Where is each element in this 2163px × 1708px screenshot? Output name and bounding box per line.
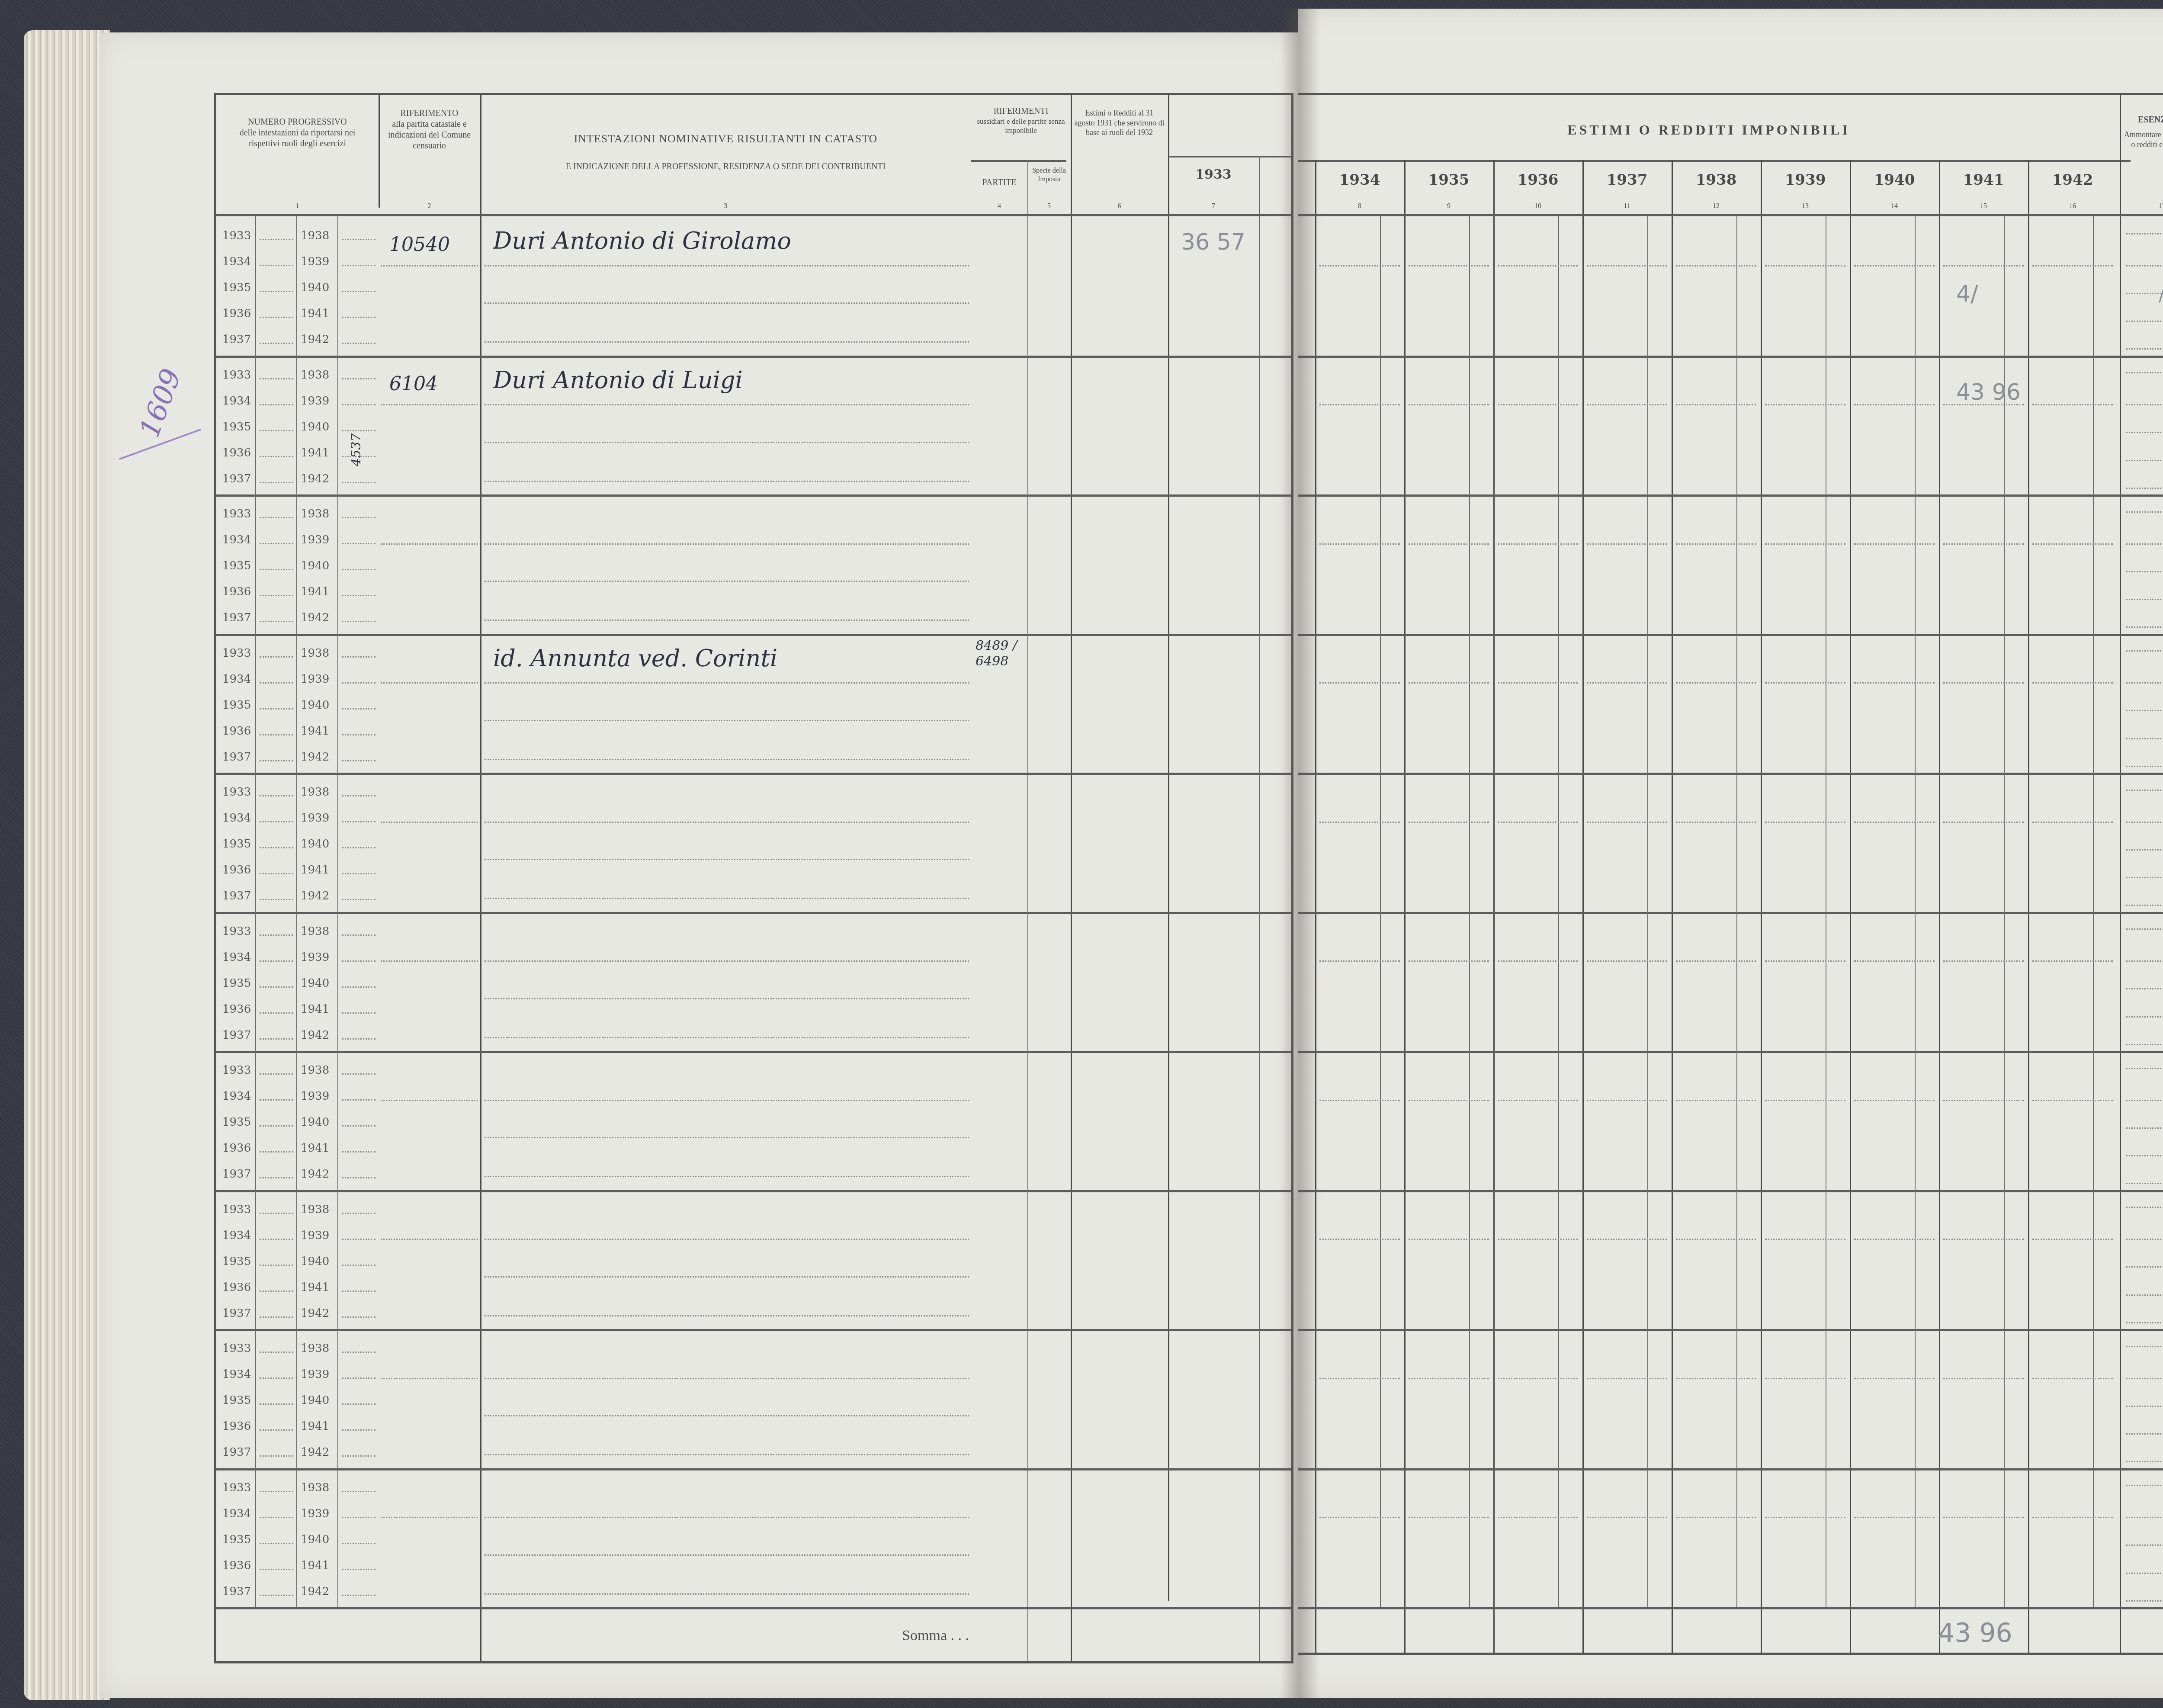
cents-divider [1915,1190,1916,1329]
dotted-line [260,1316,293,1318]
column-divider [1027,1468,1028,1608]
dotted-line [260,378,293,379]
year-label: 1942 [301,889,329,902]
year-label: 1936 [222,1559,251,1572]
left-ledger-table: NUMERO PROGRESSIVO delle intestazioni da… [214,93,1293,1663]
dotted-line [1319,960,1400,962]
year-label: 1936 [222,1420,251,1433]
dotted-line [1765,404,1845,405]
dotted-line [1409,1239,1489,1240]
dotted-line [2126,1406,2163,1407]
dotted-line [1854,682,1935,684]
cents-divider [1558,1190,1559,1329]
year-label: 1941 [301,1281,329,1294]
year-label: 1941 [301,864,329,876]
year-label: 1933 [222,1064,251,1077]
cents-divider [1915,912,1916,1051]
cents-divider [2004,216,2005,356]
cents-divider [2004,912,2005,1051]
cents-divider [1826,1051,1826,1190]
cents-divider [1915,1051,1916,1190]
year-label: 1941 [301,1142,329,1155]
estimo-1941-value: 43 96 [1956,379,2021,405]
block-rule [1298,1190,2163,1192]
year-label: 1937 [222,333,251,346]
dotted-line [1854,543,1935,545]
year-label: 1933 [222,229,251,242]
year-label: 1935 [222,977,251,990]
cents-divider [1915,494,1916,634]
cents-divider [1647,773,1648,912]
dotted-line [1498,960,1578,962]
year-label: 1938 [301,507,329,520]
dotted-line [260,1429,293,1431]
header-year-1940: 1940 14 [1850,160,1939,214]
dotted-line [2126,1100,2163,1101]
year-label: 1933 [222,647,251,660]
dotted-line [342,986,375,988]
entry-block [1298,912,2163,1051]
dotted-line [1943,1239,2024,1240]
year-label: 1936 [222,307,251,320]
header-estimi-1931: Estimi o Redditi al 31 agosto 1931 che s… [1071,100,1168,214]
dotted-line [260,1177,293,1178]
cents-divider [1826,1468,1826,1608]
dotted-line [2126,1016,2163,1018]
year-label: 1934 [222,255,251,268]
year-label: 1938 [301,229,329,242]
dotted-line [260,1213,293,1214]
header-esenzioni: ESENZIONI Ammontare degli estimi o reddi… [2120,100,2163,214]
year-label: 1940 [301,559,329,572]
year-label: 1937 [222,472,251,485]
dotted-line [2126,543,2163,545]
entry-block [1298,773,2163,912]
cents-divider [1558,1468,1559,1608]
year-label: 1941 [301,585,329,598]
dotted-line [2126,1433,2163,1435]
cents-divider [2093,773,2094,912]
cents-divider [1915,356,1916,495]
dotted-line [1587,1100,1667,1101]
column-divider [337,1051,338,1190]
dotted-line [2126,1378,2163,1379]
dotted-line [342,1099,375,1101]
column-divider [296,494,297,634]
dotted-line [342,1151,375,1153]
dotted-line [342,934,375,936]
header-title: Estimi o Redditi al 31 agosto 1931 che s… [1071,108,1168,138]
dotted-line [342,1125,375,1127]
cents-divider [1736,773,1737,912]
column-divider [255,1190,256,1329]
column-number: 9 [1404,202,1493,211]
dotted-line [2126,1207,2163,1208]
dotted-line [2126,1517,2163,1518]
dotted-line [342,1491,375,1492]
year-label: 1936 [222,725,251,738]
dotted-line [1319,265,1400,266]
dotted-line [342,517,375,518]
footer-rule [1298,1607,2163,1609]
column-divider [296,1051,297,1190]
year-label: 1938 [301,647,329,660]
column-number: 1 [216,202,379,211]
entry-block: 1933193819341939193519401936194119371942… [216,216,1291,356]
column-divider [296,634,297,773]
dotted-line [1943,1378,2024,1379]
cents-divider [1736,356,1737,495]
dotted-line [2126,233,2163,234]
dotted-line [2126,766,2163,767]
column-divider [1259,912,1260,1051]
dotted-line [342,1239,375,1240]
column-number: 13 [1761,202,1850,211]
column-divider [337,1190,338,1329]
dotted-line [2126,1600,2163,1602]
year-label: 1935 [222,1533,251,1546]
column-divider [337,634,338,773]
footer-rule [216,1607,1291,1609]
dotted-line [1587,1517,1667,1518]
dotted-line [260,1291,293,1292]
dotted-line [342,1213,375,1214]
dotted-line [2126,1266,2163,1268]
dotted-line [1943,265,2024,266]
cents-divider [1558,1329,1559,1468]
year-label: 1941 [301,446,329,459]
dotted-line [2126,738,2163,739]
dotted-line [2126,1127,2163,1129]
year-label: 1936 [222,446,251,459]
cents-divider [1647,1329,1648,1468]
dotted-line [342,595,375,596]
cents-divider [1380,356,1381,495]
dotted-line [485,898,969,899]
dotted-line [342,543,375,544]
dotted-line [1676,822,1756,823]
dotted-line [2126,905,2163,906]
cents-divider [1558,216,1559,356]
dotted-line [1409,1100,1489,1101]
dotted-line [260,621,293,622]
header-estimi-group: ESTIMI O REDDITI IMPONIBILI [1298,121,2120,138]
year-label: 1933 [222,925,251,938]
dotted-line [260,343,293,344]
column-divider [255,773,256,912]
dotted-line [1676,404,1756,405]
header-title: 1935 [1404,171,1493,189]
dotted-line [1765,1239,1845,1240]
dotted-line [342,404,375,405]
estimo-1941-value: 4/ [1956,281,1978,307]
dotted-line [342,873,375,874]
cents-divider [1469,1190,1470,1329]
cents-divider [1469,1468,1470,1608]
dotted-line [381,1100,478,1101]
column-divider [337,773,338,912]
cents-divider [1469,1051,1470,1190]
dotted-line [2126,1322,2163,1323]
entry-block: 4// [1298,216,2163,356]
column-number: 5 [1027,202,1071,211]
column-divider [337,216,338,356]
dotted-line [2126,988,2163,989]
block-rule [216,1051,1291,1053]
block-rule [1298,494,2163,497]
dotted-line [342,795,375,796]
dotted-line [485,1517,969,1518]
cents-divider [1647,356,1648,495]
column-number: 6 [1071,202,1168,211]
header-intestazioni: INTESTAZIONI NOMINATIVE RISULTANTI IN CA… [480,100,971,214]
dotted-line [260,899,293,900]
cents-divider [2004,1468,2005,1608]
year-label: 1933 [222,1342,251,1355]
dotted-line [485,1593,969,1595]
cents-divider [1647,216,1648,356]
year-label: 1940 [301,421,329,433]
cents-divider [1558,356,1559,495]
year-label: 1942 [301,472,329,485]
dotted-line [485,1100,969,1101]
dotted-line [2032,1100,2113,1101]
cents-divider [1915,773,1916,912]
dotted-line [485,998,969,999]
header-year-1941: 1941 15 [1939,160,2028,214]
dotted-line [485,543,969,545]
year-label: 1938 [301,925,329,938]
header-title: NUMERO PROGRESSIVO [216,117,379,128]
block-rule [1298,634,2163,636]
column-divider [337,494,338,634]
cents-divider [2093,1190,2094,1329]
dotted-line [342,960,375,962]
dotted-line [342,430,375,431]
dotted-line [342,734,375,735]
cents-divider [1380,912,1381,1051]
dotted-line [342,1038,375,1040]
year-label: 1936 [222,585,251,598]
dotted-line [260,1265,293,1266]
dotted-line [2126,1183,2163,1184]
header-title: 1940 [1850,171,1939,189]
block-rule [1298,912,2163,914]
cents-divider [1647,494,1648,634]
dotted-line [260,1543,293,1544]
dotted-line [1587,1378,1667,1379]
dotted-line [2126,1294,2163,1296]
year-label: 1934 [222,1507,251,1520]
dotted-line [1587,960,1667,962]
cents-divider [2004,1051,2005,1190]
dotted-line [1409,265,1489,266]
year-label: 1942 [301,611,329,624]
dotted-line [342,1403,375,1405]
column-divider [1027,1329,1028,1468]
dotted-line [260,847,293,848]
dotted-line [1319,1239,1400,1240]
dotted-line [342,239,375,240]
year-label: 1939 [301,812,329,825]
dotted-line [1498,682,1578,684]
column-number: 2 [379,202,480,211]
dotted-line [485,1415,969,1416]
dotted-line [485,1137,969,1138]
year-label: 1934 [222,1229,251,1242]
cents-divider [1380,1468,1381,1608]
column-divider [255,216,256,356]
margin-note: 1609 [134,365,188,442]
entry-block [1298,1468,2163,1608]
right-page: Mod. III - Imposte Dirette (Intercalare)… [1298,9,2163,1698]
dotted-line [260,1012,293,1014]
year-label: 1940 [301,699,329,712]
header-year-1937: 1937 11 [1582,160,1672,214]
header-year-1942: 1942 16 [2028,160,2117,214]
block-rule [216,1468,1291,1470]
dotted-line [260,456,293,457]
cents-divider [2093,634,2094,773]
header-title: 1939 [1761,171,1850,189]
dotted-line [1676,265,1756,266]
year-label: 1938 [301,1203,329,1216]
dotted-line [485,1276,969,1278]
header-subtitle: sussidiari e delle partite senza imponib… [971,117,1071,135]
dotted-line [1765,1517,1845,1518]
header-title: INTESTAZIONI NOMINATIVE RISULTANTI IN CA… [480,132,971,146]
header-title: 1937 [1582,171,1672,189]
cents-divider [1380,494,1381,634]
dotted-line [1498,1517,1578,1518]
year-label: 1937 [222,1446,251,1459]
dotted-line [260,430,293,431]
column-divider [1027,773,1028,912]
year-label: 1939 [301,1090,329,1103]
dotted-line [1854,1378,1935,1379]
year-label: 1934 [222,673,251,686]
dotted-line [2032,265,2113,266]
dotted-line [485,1554,969,1556]
dotted-line [260,1569,293,1570]
dotted-line [1409,543,1489,545]
year-label: 1934 [222,533,251,546]
dotted-line [260,265,293,266]
column-divider [255,1329,256,1468]
dotted-line [2126,1485,2163,1486]
dotted-line [485,1454,969,1455]
left-page-edges [24,30,110,1700]
column-divider [1027,1051,1028,1190]
dotted-line [2126,265,2163,266]
dotted-line [260,239,293,240]
year-label: 1940 [301,838,329,851]
cents-divider [2093,1468,2094,1608]
year-label: 1937 [222,1168,251,1181]
year-label: 1938 [301,369,329,382]
dotted-line [2126,432,2163,433]
entry-block: 1933193819341939193519401936194119371942 [216,1051,1291,1190]
cents-divider [1736,1329,1737,1468]
dotted-line [342,1377,375,1379]
block-rule [216,356,1291,358]
column-divider [1027,912,1028,1051]
block-rule [1298,773,2163,775]
cents-divider [2004,634,2005,773]
dotted-line [485,759,969,760]
dotted-line [485,481,969,482]
entry-block [1298,634,2163,773]
column-divider [255,912,256,1051]
dotted-line [485,682,969,684]
header-year-1938: 1938 12 [1672,160,1761,214]
dotted-line [2032,1239,2113,1240]
cents-divider [1647,634,1648,773]
column-divider [255,634,256,773]
dotted-line [260,682,293,684]
dotted-line [381,960,478,962]
dotted-line [485,442,969,443]
cents-divider [1469,634,1470,773]
dotted-line [2126,710,2163,711]
dotted-line [381,543,478,545]
dotted-line [1854,960,1935,962]
year-label: 1935 [222,559,251,572]
partite-value: 8489 / 6498 [976,638,1025,669]
header-title: PARTITE [971,177,1027,188]
dotted-line [1765,960,1845,962]
year-label: 1939 [301,1368,329,1381]
riferimento-value: 6104 [389,373,438,395]
dotted-line [381,682,478,684]
column-divider [1027,634,1028,773]
dotted-line [1943,682,2024,684]
column-number: 3 [480,202,971,211]
dotted-line [1854,1517,1935,1518]
column-divider [255,356,256,495]
cents-divider [1469,912,1470,1051]
header-title: 1938 [1672,171,1761,189]
column-divider [1259,634,1260,773]
riferimento-value: 10540 [389,234,450,256]
column-divider [1027,216,1028,356]
dotted-line [2126,626,2163,628]
year-label: 1940 [301,1116,329,1129]
dotted-line [2126,1068,2163,1069]
year-label: 1937 [222,1585,251,1598]
cents-divider [1826,1190,1826,1329]
dotted-line [342,1543,375,1544]
column-number: 11 [1582,202,1672,211]
dotted-line [1409,822,1489,823]
dotted-line [1765,1378,1845,1379]
cents-divider [1469,356,1470,495]
dotted-line [342,708,375,710]
year-label: 1937 [222,889,251,902]
year-label: 1935 [222,1116,251,1129]
header-title: 1936 [1493,171,1582,189]
dotted-line [260,1239,293,1240]
dotted-line [485,1315,969,1316]
column-divider [1259,494,1260,634]
dotted-line [1319,1100,1400,1101]
dotted-line [1943,960,2024,962]
cents-divider [1736,1051,1737,1190]
dotted-line [1765,682,1845,684]
dotted-line [381,822,478,823]
year-label: 1941 [301,725,329,738]
cents-divider [2093,1051,2094,1190]
